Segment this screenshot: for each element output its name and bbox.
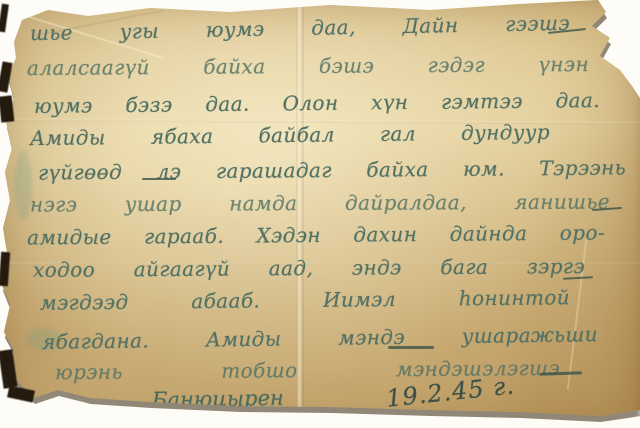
handwritten-line-4: Амиды ябаха байбал гал дундуур <box>30 119 550 151</box>
torn-edge-fragment <box>0 95 14 122</box>
handwritten-line-1: шье угы юумэ даа, Дайн гээшэ <box>30 10 570 46</box>
handwritten-line-2: алалсаагүй байха бэшэ гэдэг үнэн <box>27 51 589 81</box>
handwritten-line-8: ходоо айгаагүй аад, эндэ бага зэргэ <box>33 253 585 283</box>
handwritten-line-10: ябагдана. Амиды мэндэ ушаражьши <box>42 321 598 355</box>
handwritten-line-6: нэгэ ушар намда дайралдаа, яанишье <box>30 188 610 217</box>
handwritten-line-9: мэгдээд абааб. Иимэл һонинтой <box>40 284 570 316</box>
letter-paper: шье угы юумэ даа, Дайн гээшэ алалсаагүй … <box>0 0 640 428</box>
pen-stroke-underline <box>388 346 434 349</box>
pen-stroke <box>540 371 582 375</box>
torn-edge-fragment <box>0 4 9 33</box>
pen-stroke <box>142 178 176 180</box>
scan-background: шье угы юумэ даа, Дайн гээшэ алалсаагүй … <box>0 0 640 428</box>
pen-stroke <box>563 276 593 280</box>
handwritten-line-7: амидые гарааб. Хэдэн дахин дайнда оро- <box>27 219 605 250</box>
handwritten-line-5: гүйгөөд лэ гарашадаг байха юм. Тэрээнь <box>38 154 626 185</box>
handwritten-line-3: юумэ бэзэ даа. Олон хүн гэмтээ даа. <box>34 87 600 119</box>
